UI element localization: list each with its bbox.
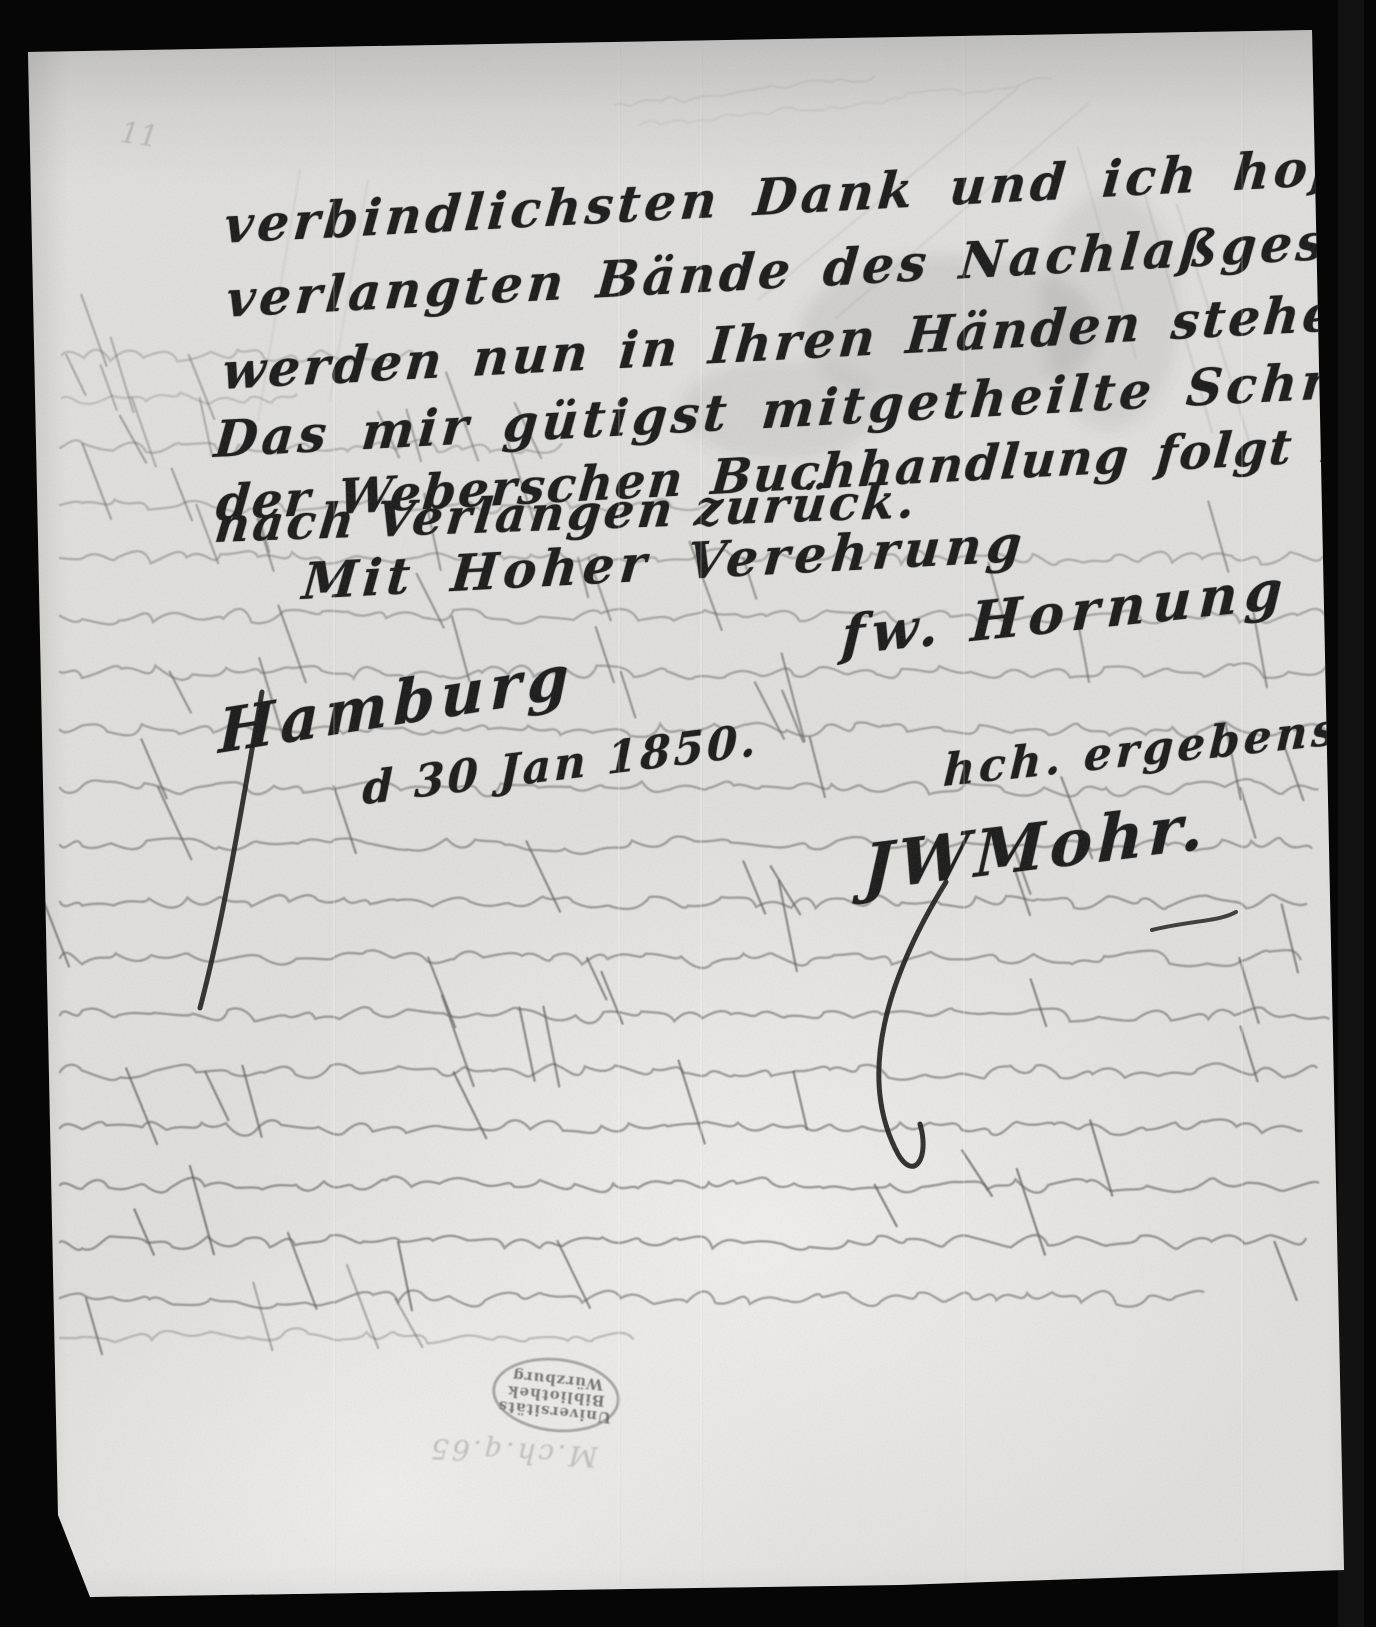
scanner-edge-band	[1338, 0, 1364, 1627]
personal-signature: JWMohr.	[862, 789, 1209, 907]
pencil-corner-number: 11	[118, 116, 161, 156]
paper-sheet: verbindlichsten Dank und ich hoffe die v…	[0, 0, 1376, 1627]
valediction: hch. ergebenster	[942, 695, 1376, 797]
library-stamp: Universitäts Bibliothek Würzburg	[488, 1352, 623, 1439]
scanned-letter-page: verbindlichsten Dank und ich hoffe die v…	[0, 0, 1376, 1627]
pencil-shelfmark: M.ch.q.65	[427, 1432, 598, 1474]
